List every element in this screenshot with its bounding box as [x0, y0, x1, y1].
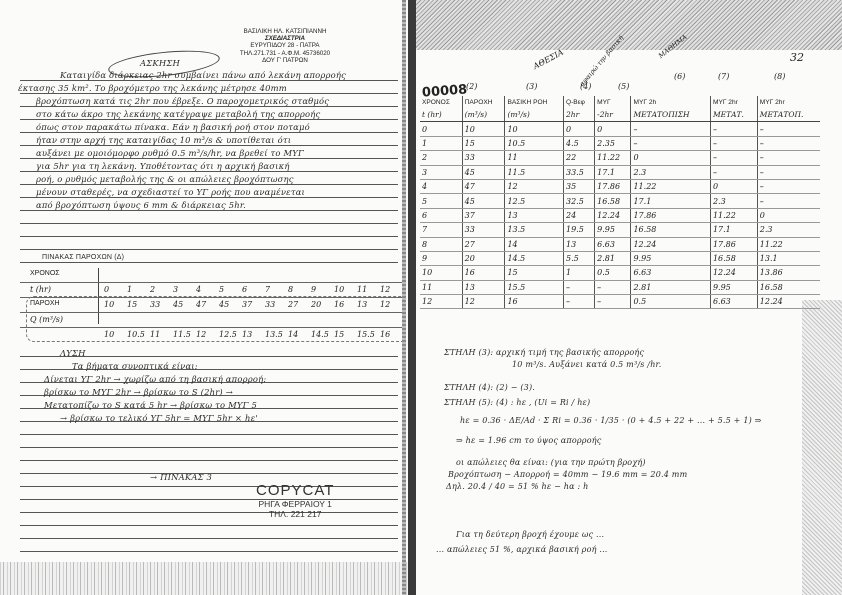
table-cell: – — [595, 280, 631, 294]
table-row: 637132412.2417.8611.220 — [420, 208, 820, 222]
table-row: 0101000––– — [420, 122, 820, 136]
page-edge — [402, 0, 406, 595]
table-cell: 6.63 — [595, 237, 631, 251]
table-cell: 0.5 — [631, 295, 710, 309]
table-cell: 0 — [563, 122, 594, 136]
table-cell: 22 — [563, 151, 594, 165]
note-line: οι απώλειες θα είναι: (για την πρώτη βρο… — [456, 458, 646, 467]
table-cell: 16 — [462, 266, 505, 280]
table-cell: 33 — [462, 151, 505, 165]
table-cell: 11.22 — [631, 179, 710, 193]
table-cell: – — [757, 122, 820, 136]
ruled-line — [20, 538, 398, 539]
table-cell: 2 — [150, 285, 172, 294]
ruled-line — [20, 184, 398, 185]
note-line: Βροχόπτωση − Απορροή = 40mm − 19.6 mm = … — [448, 470, 687, 479]
table-cell: 12.24 — [595, 208, 631, 222]
column-unit: ΜΕΤΑΤ. — [710, 108, 757, 122]
table-cell: – — [563, 280, 594, 294]
problem-line: ροή, ο ρυθμός μεταβολής της & οι απώλειε… — [36, 174, 294, 184]
table-cell: 12.24 — [710, 266, 757, 280]
column-number: (3) — [526, 82, 537, 91]
table-cell: 16.58 — [710, 251, 757, 265]
copycat-address: ΡΗΓΑ ΦΕΡΡΑΙΟΥ 1 — [256, 499, 334, 509]
table-row: 233112211.220–– — [420, 151, 820, 165]
table-cell: 37 — [462, 208, 505, 222]
table-brace — [26, 296, 403, 342]
stamp-title: ΣΧΕΔΙΑΣΤΡΙΑ — [200, 35, 370, 42]
note-line: Για τη δεύτερη βροχή έχουμε ως ... — [456, 530, 604, 539]
table-cell: 17.86 — [631, 208, 710, 222]
table-cell: 8 — [288, 285, 310, 294]
problem-line: μένουν σταθερές, να σχεδιαστεί το ΥΓ ροή… — [36, 187, 305, 197]
table-cell: – — [563, 295, 594, 309]
table-cell: – — [710, 151, 757, 165]
ruled-line — [20, 106, 398, 107]
table-cell: 2.3 — [710, 194, 757, 208]
table-cell: 7 — [420, 223, 462, 237]
table-cell: 9.95 — [595, 223, 631, 237]
table-cell: 17.1 — [631, 194, 710, 208]
scan-shade-right — [802, 300, 842, 595]
note-line: ⇒ hε = 1.96 cm το ύψος απορροής — [456, 436, 601, 445]
solution-line: → βρίσκω το τελικό ΥΓ 5hr = ΜΥΓ 5hr × hε… — [60, 413, 258, 423]
column-unit: (m³/s) — [462, 108, 505, 122]
table-cell: 11.22 — [595, 151, 631, 165]
table-cell: 6.63 — [710, 295, 757, 309]
table-cell: 13 — [563, 237, 594, 251]
table-cell: 2 — [420, 151, 462, 165]
column-header: ΜΥΓ — [595, 96, 631, 108]
table-cell: 35 — [563, 179, 594, 193]
ruled-line — [20, 223, 398, 224]
table-cell: 4.5 — [563, 136, 594, 150]
table-cell: – — [595, 295, 631, 309]
ruled-line — [20, 80, 398, 81]
table-row: 73313.519.59.9516.5817.12.3 — [420, 223, 820, 237]
ruled-line — [20, 525, 398, 526]
column-header: ΜΥΓ 2hr — [757, 96, 820, 108]
note-line: hε = 0.36 · ΔΕ/Αd · Σ Ri = 0.36 · 1/35 ·… — [460, 416, 762, 425]
table-row: 54512.532.516.5817.12.3– — [420, 194, 820, 208]
table-row: 111315.5––2.819.9516.58 — [420, 280, 820, 294]
table-cell: 10 — [505, 122, 564, 136]
section-label: ΑΣΚΗΣΗ — [140, 58, 180, 68]
table-cell: 9.95 — [631, 251, 710, 265]
column-unit: (m³/s) — [505, 108, 564, 122]
table-cell: 11.5 — [505, 165, 564, 179]
table-cell: – — [710, 136, 757, 150]
unit-hydrograph-table: ΧΡΟΝΟΣΠΑΡΟΧΗΒΑΣΙΚΗ ΡΟΗQ-BεφΜΥΓΜΥΓ 2hΜΥΓ … — [420, 96, 820, 309]
ruled-line — [20, 262, 398, 263]
table-cell: 14 — [505, 237, 564, 251]
ruled-line — [20, 158, 398, 159]
table-cell: 4 — [196, 285, 218, 294]
ruled-line — [20, 236, 398, 237]
table-cell: 0.5 — [595, 266, 631, 280]
copycat-name: COPYCAT — [256, 482, 334, 499]
table-row: 92014.55.52.819.9516.5813.1 — [420, 251, 820, 265]
column-unit: t (hr) — [420, 108, 462, 122]
ruled-line — [20, 145, 398, 146]
table-cell: 14.5 — [505, 251, 564, 265]
table-row: 11510.54.52.35––– — [420, 136, 820, 150]
table-cell: 16.58 — [595, 194, 631, 208]
table-cell: 2.35 — [595, 136, 631, 150]
note-line: 10 m³/s. Αυξάνει κατά 0.5 m³/s /hr. — [512, 360, 661, 369]
table-cell: 3 — [420, 165, 462, 179]
table-cell: 12.5 — [505, 194, 564, 208]
column-unit: -2hr — [595, 108, 631, 122]
table-cell: – — [631, 136, 710, 150]
stamp-tax-office: ΔΟΥ Γ' ΠΑΤΡΩΝ — [200, 57, 370, 64]
right-page: 32 00008 ΑΘΕΣΙΑ αφαιρώ την βασική ΜΑΘΗΜΑ… — [416, 0, 842, 595]
ruled-line — [20, 486, 398, 487]
table-cell: 17.1 — [710, 223, 757, 237]
table-cell: 19.5 — [563, 223, 594, 237]
ruled-line — [20, 119, 398, 120]
row-label-time: ΧΡΟΝΟΣ — [30, 270, 90, 277]
table-cell: 10 — [420, 266, 462, 280]
table-cell: 13.1 — [757, 251, 820, 265]
table-cell: 0 — [710, 179, 757, 193]
table-cell: 4 — [420, 179, 462, 193]
table-cell: 15.5 — [505, 280, 564, 294]
stamp-address: ΕΥΡΥΠΙΔΟΥ 28 - ΠΑΤΡΑ — [200, 42, 370, 49]
problem-line: από βροχόπτωση ύψους 6 mm & διάρκειας 5h… — [36, 200, 246, 210]
table-cell: 11.22 — [710, 208, 757, 222]
column-number: (4) — [580, 82, 591, 91]
table-cell: – — [757, 151, 820, 165]
table-cell: 12 — [462, 295, 505, 309]
table-title: ΠΙΝΑΚΑΣ ΠΑΡΟΧΩΝ (Δ) — [42, 254, 124, 261]
copycat-phone: ΤΗΛ. 221 217 — [256, 509, 334, 519]
time-values: 0123456789101112 — [104, 285, 402, 294]
table-cell: 9 — [420, 251, 462, 265]
table-cell: – — [757, 194, 820, 208]
ruled-line — [20, 434, 398, 435]
solution-line: βρίσκω το ΜΥΓ 2hr → βρίσκω το S (2hr) → — [44, 387, 233, 397]
ruled-line — [20, 93, 398, 94]
table-cell: 11 — [505, 151, 564, 165]
table-cell: 10.5 — [505, 136, 564, 150]
table-cell: 32.5 — [563, 194, 594, 208]
column-header: ΜΥΓ 2hr — [710, 96, 757, 108]
table-cell: 33.5 — [563, 165, 594, 179]
table-cell: 6.63 — [631, 266, 710, 280]
table-cell: 1 — [127, 285, 149, 294]
ruled-line — [20, 551, 398, 552]
problem-line: στο κάτω άκρο της λεκάνης κατέγραψε μετα… — [36, 109, 320, 119]
ruled-line — [20, 499, 398, 500]
scan-shade-top — [416, 0, 842, 50]
note-line: Δηλ. 20.4 / 40 = 51 % hε − hα : h — [446, 482, 588, 491]
table-cell: 17.86 — [595, 179, 631, 193]
table-cell: 45 — [462, 165, 505, 179]
column-header: ΧΡΟΝΟΣ — [420, 96, 462, 108]
table-cell: – — [757, 179, 820, 193]
table-cell: – — [631, 122, 710, 136]
table-cell: 11.22 — [757, 237, 820, 251]
table-cell: 12 — [420, 295, 462, 309]
table-cell: 17.1 — [595, 165, 631, 179]
problem-line: αυξάνει με ομοιόμορφο ρυθμό 0.5 m³/s/hr,… — [36, 148, 304, 158]
table-row: 121216––0.56.6312.24 — [420, 295, 820, 309]
table-cell: 24 — [563, 208, 594, 222]
table-cell: 0 — [757, 208, 820, 222]
table-cell: 6 — [242, 285, 264, 294]
table-cell: 0 — [595, 122, 631, 136]
row-label-t-hr: t (hr) — [30, 285, 90, 294]
table-row: 447123517.8611.220– — [420, 179, 820, 193]
table-row: 82714136.6312.2417.8611.22 — [420, 237, 820, 251]
ruled-line — [20, 249, 398, 250]
ruled-line — [20, 447, 398, 448]
table-cell: 10 — [462, 122, 505, 136]
table-cell: 10 — [334, 285, 356, 294]
solution-label: ΛΥΣΗ — [60, 348, 86, 358]
table-cell: 13.5 — [505, 223, 564, 237]
problem-line: όπως στον παρακάτω πίνακα. Εάν η βασική … — [36, 122, 310, 132]
left-page: ΒΑΣΙΛΙΚΗ ΗΛ. ΚΑΤΣΙΠΙΑΝΝΗ ΣΧΕΔΙΑΣΤΡΙΑ ΕΥΡ… — [0, 0, 408, 595]
page-number: 32 — [790, 51, 804, 64]
table-cell: 13 — [505, 208, 564, 222]
table-cell: 33 — [462, 223, 505, 237]
table-cell: 9.95 — [710, 280, 757, 294]
table-cell: 0 — [631, 151, 710, 165]
problem-line: ήταν στην αρχή της καταιγίδας 10 m³/s & … — [36, 135, 291, 145]
stamp-name: ΒΑΣΙΛΙΚΗ ΗΛ. ΚΑΤΣΙΠΙΑΝΝΗ — [200, 28, 370, 35]
note-line: ΣΤΗΛΗ (4): (2) − (3). — [444, 383, 535, 392]
table-cell: 17.86 — [710, 237, 757, 251]
table-cell: 47 — [462, 179, 505, 193]
solution-line: Τα βήματα συνοπτικά είναι: — [72, 361, 198, 371]
table-row: 34511.533.517.12.3–– — [420, 165, 820, 179]
stamp-phone: ΤΗΛ.271.731 - Α.Φ.Μ. 45736020 — [200, 50, 370, 57]
note-line: ΣΤΗΛΗ (5): (4) : hε , (Ui = Ri / hε) — [444, 398, 590, 407]
table-cell: – — [757, 165, 820, 179]
table-cell: 9 — [311, 285, 333, 294]
table-cell: 13 — [462, 280, 505, 294]
table-cell: 16.58 — [631, 223, 710, 237]
problem-line: βροχόπτωση κατά τις 2hr που έβρεξε. Ο πα… — [36, 96, 329, 106]
scan-noise — [0, 562, 408, 595]
table-cell: 1 — [563, 266, 594, 280]
table-cell: 3 — [173, 285, 195, 294]
column-number: (2) — [466, 82, 477, 91]
table-cell: 6 — [420, 208, 462, 222]
solution-line: Δίνεται ΥΓ 2hr → χωρίζω από τη βασική απ… — [44, 374, 266, 384]
problem-line: για 5hr για τη λεκάνη. Υποθέτοντας ότι η… — [36, 161, 290, 171]
table-cell: 2.81 — [631, 280, 710, 294]
table-row: 10161510.56.6312.2413.86 — [420, 266, 820, 280]
ruled-line — [20, 132, 398, 133]
table-cell: 16.58 — [757, 280, 820, 294]
ruled-line — [20, 197, 398, 198]
table-cell: 11 — [420, 280, 462, 294]
problem-line: έκτασης 35 km². Το βροχόμετρο της λεκάνη… — [18, 83, 287, 93]
column-header: Q-Bεφ — [563, 96, 594, 108]
table-cell: – — [757, 136, 820, 150]
table-cell: 8 — [420, 237, 462, 251]
column-header: ΠΑΡΟΧΗ — [462, 96, 505, 108]
table-cell: – — [710, 122, 757, 136]
designer-stamp: ΒΑΣΙΛΙΚΗ ΗΛ. ΚΑΤΣΙΠΙΑΝΝΗ ΣΧΕΔΙΑΣΤΡΙΑ ΕΥΡ… — [200, 28, 370, 64]
table-cell: 13.86 — [757, 266, 820, 280]
column-number: (8) — [774, 72, 785, 81]
table-cell: 5.5 — [563, 251, 594, 265]
column-unit: ΜΕΤΑΤΟΠΙΣΗ — [631, 108, 710, 122]
ruled-line — [20, 460, 398, 461]
problem-line: Καταιγίδα διάρκειας 2hr συμβαίνει πάνω α… — [60, 70, 346, 80]
note-line: ΣΤΗΛΗ (3): αρχική τιμή της βασικής απορρ… — [444, 348, 644, 357]
column-unit: ΜΕΤΑΤΟΠ. — [757, 108, 820, 122]
column-number: (7) — [718, 72, 729, 81]
table-cell: 12.24 — [757, 295, 820, 309]
table-cell: 2.81 — [595, 251, 631, 265]
ruled-line — [20, 512, 398, 513]
copycat-stamp: COPYCAT ΡΗΓΑ ΦΕΡΡΑΙΟΥ 1 ΤΗΛ. 221 217 — [256, 482, 334, 519]
table-cell: 11 — [357, 285, 379, 294]
table-cell: 15 — [505, 266, 564, 280]
table-cell: 5 — [420, 194, 462, 208]
ruled-line — [20, 210, 398, 211]
table-cell: 12 — [380, 285, 402, 294]
table-cell: 0 — [104, 285, 126, 294]
table-cell: 2.3 — [631, 165, 710, 179]
table-cell: 27 — [462, 237, 505, 251]
annotation-1: ΑΘΕΣΙΑ — [532, 48, 565, 71]
table-cell: 12 — [505, 179, 564, 193]
book-gutter — [408, 0, 416, 595]
note-line: ... απώλειες 51 %, αρχικά βασική ροή ... — [436, 545, 608, 554]
column-unit: 2hr — [563, 108, 594, 122]
column-number: (5) — [618, 82, 629, 91]
table-cell: 0 — [420, 122, 462, 136]
table-cell: 15 — [462, 136, 505, 150]
table-cell: 12.24 — [631, 237, 710, 251]
table-cell: 1 — [420, 136, 462, 150]
column-header: ΜΥΓ 2h — [631, 96, 710, 108]
table-cell: 2.3 — [757, 223, 820, 237]
footer-note: → ΠΙΝΑΚΑΣ 3 — [150, 472, 212, 482]
table-cell: 45 — [462, 194, 505, 208]
column-header: ΒΑΣΙΚΗ ΡΟΗ — [505, 96, 564, 108]
table-cell: 16 — [505, 295, 564, 309]
solution-line: Μετατοπίζω το S κατά 5 hr → βρίσκω το ΜΥ… — [44, 400, 257, 410]
table-cell: 20 — [462, 251, 505, 265]
table-cell: – — [710, 165, 757, 179]
column-number: (6) — [674, 72, 685, 81]
table-cell: 7 — [265, 285, 287, 294]
table-cell: 5 — [219, 285, 241, 294]
ruled-line — [20, 171, 398, 172]
